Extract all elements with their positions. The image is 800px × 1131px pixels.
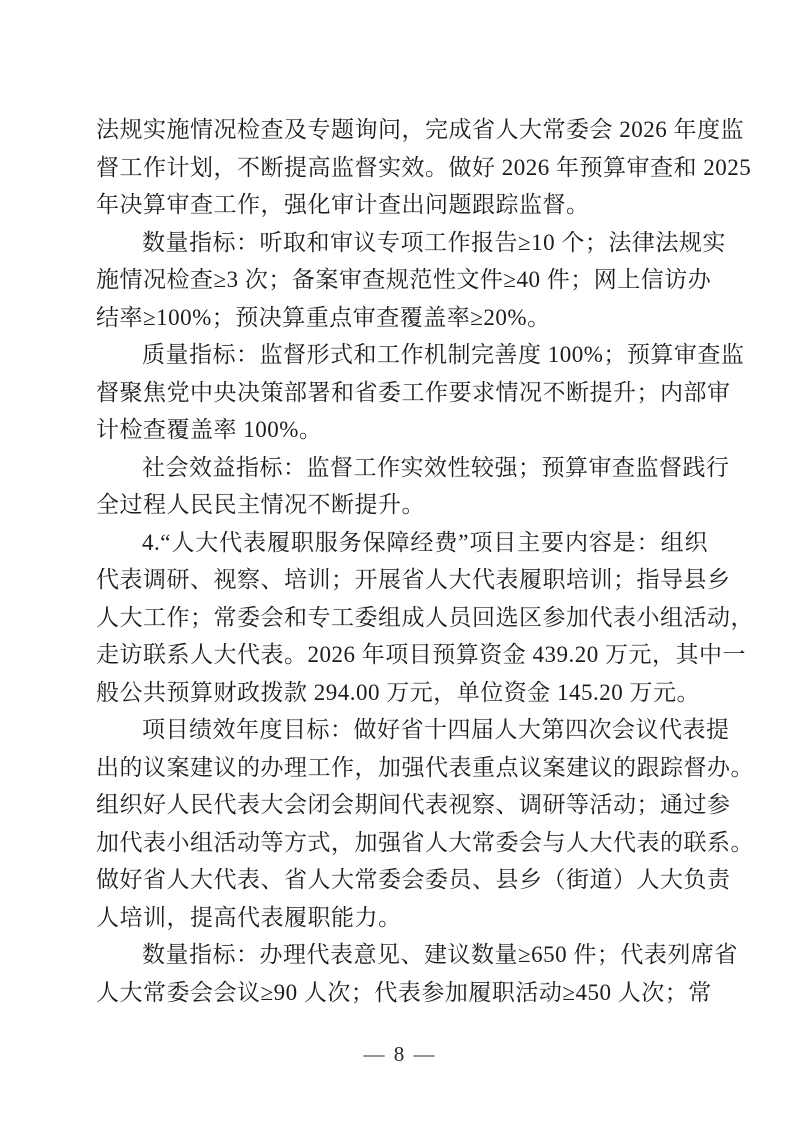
text-line: 人大常委会会议≥90 人次；代表参加履职活动≥450 人次；常 [96, 974, 708, 1012]
page-number: — 8 — [0, 1042, 800, 1067]
text-line: 督聚焦党中央决策部署和省委工作要求情况不断提升；内部审 [96, 374, 708, 412]
text-line: 数量指标：办理代表意见、建议数量≥650 件；代表列席省 [96, 936, 708, 974]
text-line: 走访联系人大代表。2026 年项目预算资金 439.20 万元，其中一 [96, 636, 708, 674]
text-line: 代表调研、视察、培训；开展省人大代表履职培训；指导县乡 [96, 561, 708, 599]
text-line: 全过程人民民主情况不断提升。 [96, 486, 708, 524]
text-line: 项目绩效年度目标：做好省十四届人大第四次会议代表提 [96, 711, 708, 749]
text-line: 加代表小组活动等方式，加强省人大常委会与人大代表的联系。 [96, 824, 708, 862]
text-line: 出的议案建议的办理工作，加强代表重点议案建议的跟踪督办。 [96, 749, 708, 787]
document-page: 法规实施情况检查及专题询问，完成省人大常委会 2026 年度监督工作计划，不断提… [0, 0, 800, 1131]
text-line: 结率≥100%；预决算重点审查覆盖率≥20%。 [96, 299, 708, 337]
text-line: 施情况检查≥3 次；备案审查规范性文件≥40 件；网上信访办 [96, 261, 708, 299]
text-line: 做好省人大代表、省人大常委会委员、县乡（街道）人大负责 [96, 861, 708, 899]
text-line: 计检查覆盖率 100%。 [96, 411, 708, 449]
document-body: 法规实施情况检查及专题询问，完成省人大常委会 2026 年度监督工作计划，不断提… [96, 111, 708, 1011]
text-line: 4.“人大代表履职服务保障经费”项目主要内容是：组织 [96, 524, 708, 562]
text-line: 人大工作；常委会和专工委组成人员回选区参加代表小组活动， [96, 599, 708, 637]
text-line: 数量指标：听取和审议专项工作报告≥10 个；法律法规实 [96, 224, 708, 262]
text-line: 社会效益指标：监督工作实效性较强；预算审查监督践行 [96, 449, 708, 487]
text-line: 法规实施情况检查及专题询问，完成省人大常委会 2026 年度监 [96, 111, 708, 149]
text-line: 年决算审查工作，强化审计查出问题跟踪监督。 [96, 186, 708, 224]
text-line: 督工作计划，不断提高监督实效。做好 2026 年预算审查和 2025 [96, 149, 708, 187]
text-line: 般公共预算财政拨款 294.00 万元，单位资金 145.20 万元。 [96, 674, 708, 712]
text-line: 组织好人民代表大会闭会期间代表视察、调研等活动；通过参 [96, 786, 708, 824]
text-line: 质量指标：监督形式和工作机制完善度 100%；预算审查监 [96, 336, 708, 374]
text-line: 人培训，提高代表履职能力。 [96, 899, 708, 937]
